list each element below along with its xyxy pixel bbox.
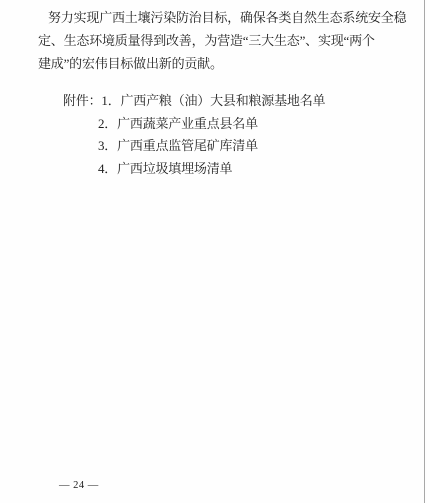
paragraph-line: 建成”的宏伟目标做出新的贡献。 [38, 52, 396, 75]
attachment-row: 附件： 1．广西产粮（油）大县和粮源基地名单 [63, 90, 325, 113]
page-edge-line [424, 0, 425, 503]
attachment-item: 4．广西垃圾填埋场清单 [63, 158, 325, 181]
attachments-label: 附件： [63, 90, 101, 113]
paragraph-line: 努力实现广西土壤污染防治目标，确保各类自然生态系统安全稳 [38, 6, 396, 29]
closing-paragraph: 努力实现广西土壤污染防治目标，确保各类自然生态系统安全稳 定、生态环境质量得到改… [38, 6, 396, 75]
attachment-item: 1．广西产粮（油）大县和粮源基地名单 [101, 90, 325, 113]
paragraph-line: 定、生态环境质量得到改善，为营造“三大生态”、实现“两个 [38, 29, 396, 52]
page-number: — 24 — [59, 480, 99, 491]
document-page: 努力实现广西土壤污染防治目标，确保各类自然生态系统安全稳 定、生态环境质量得到改… [0, 0, 427, 503]
attachment-item: 2．广西蔬菜产业重点县名单 [63, 113, 325, 136]
attachment-item: 3．广西重点监管尾矿库清单 [63, 135, 325, 158]
attachments-block: 附件： 1．广西产粮（油）大县和粮源基地名单 2．广西蔬菜产业重点县名单 3．广… [63, 90, 325, 180]
